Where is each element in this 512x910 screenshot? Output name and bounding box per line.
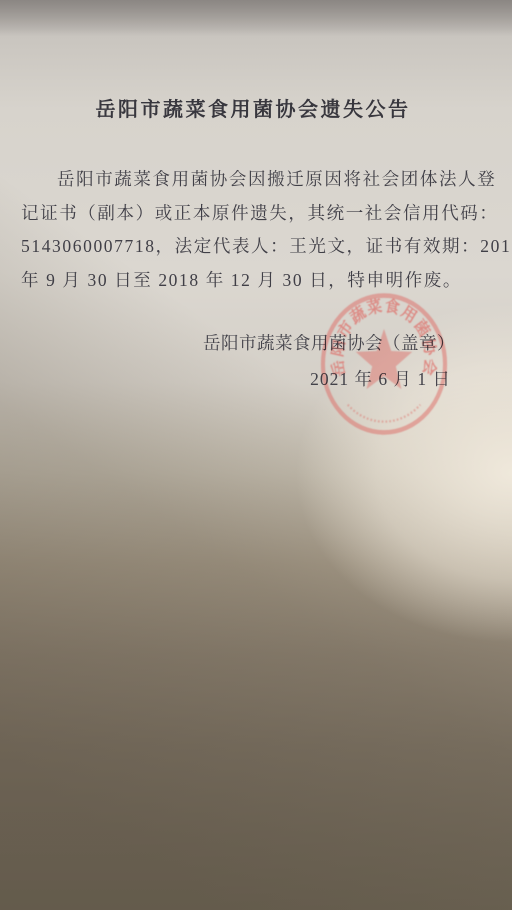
document-title: 岳阳市蔬菜食用菌协会遗失公告 [0,93,506,122]
document-body: 岳阳市蔬菜食用菌协会因搬迁原因将社会团体法人登 记证书（副本）或正本原件遗失，其… [21,163,498,297]
body-line-2: 记证书（副本）或正本原件遗失，其统一社会信用代码： [21,197,498,231]
seal-serial-arc [348,405,421,422]
seal-star-icon [356,329,412,389]
body-line-3: 5143060007718，法定代表人：王光文，证书有效期：2013 [21,230,498,264]
body-line-1: 岳阳市蔬菜食用菌协会因搬迁原因将社会团体法人登 [21,163,498,197]
official-seal: 岳阳市蔬菜食用菌协会 [318,290,450,438]
photographed-document: 岳阳市蔬菜食用菌协会遗失公告 岳阳市蔬菜食用菌协会因搬迁原因将社会团体法人登 记… [0,0,512,910]
